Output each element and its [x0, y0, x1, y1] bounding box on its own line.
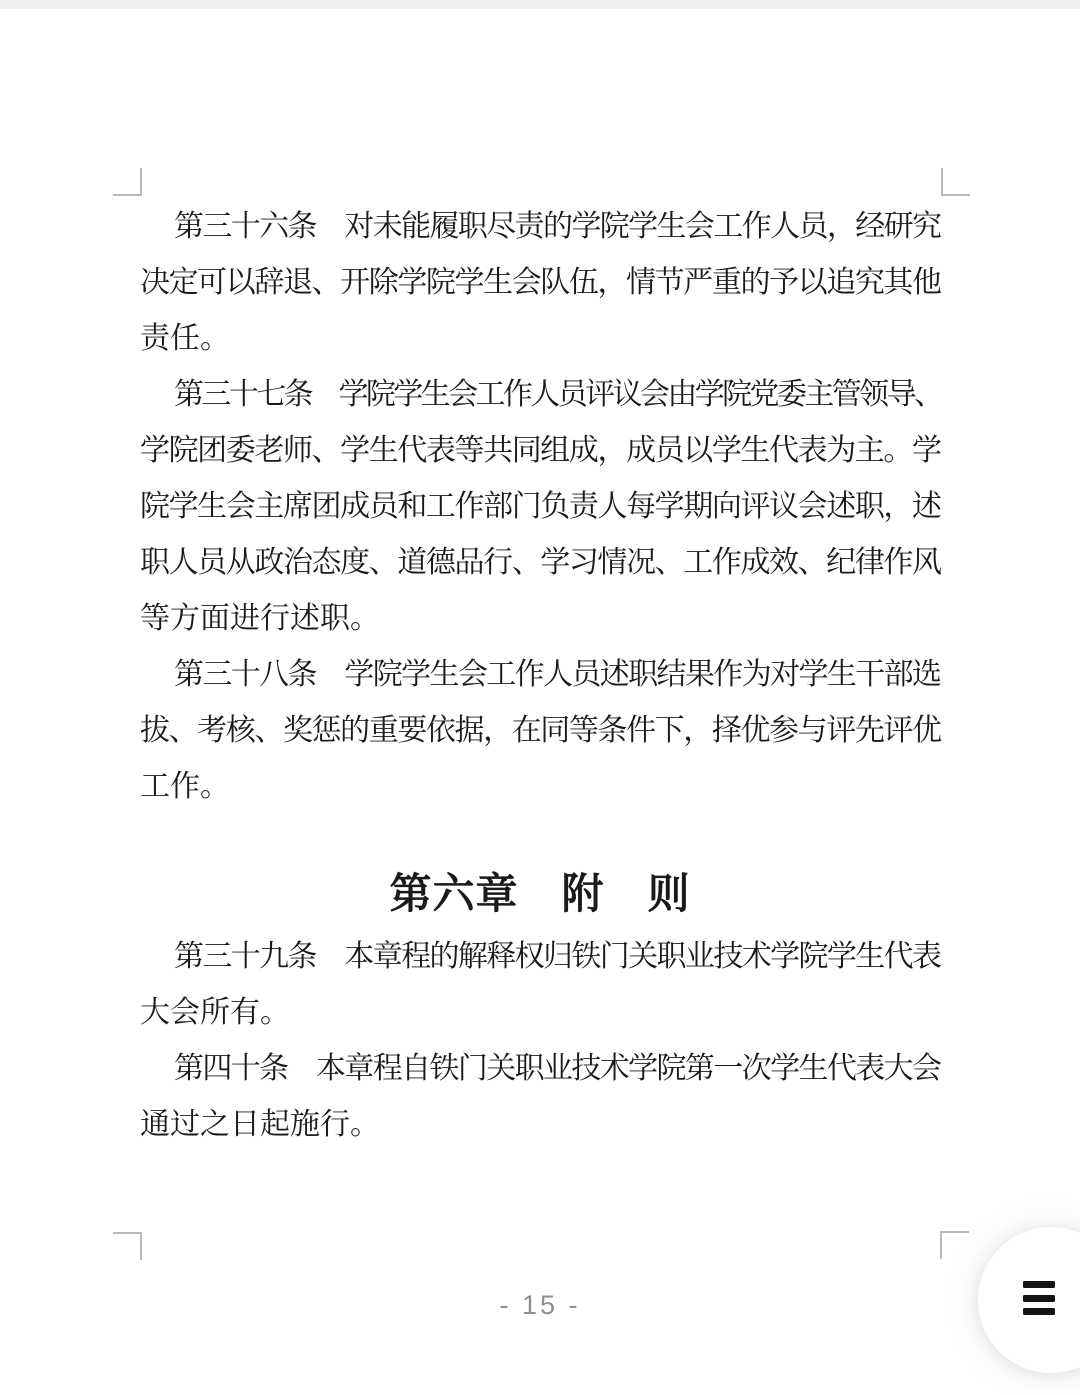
text-line: 拔、考核、奖惩的重要依据，在同等条件下，择优参与评先评优	[140, 703, 940, 759]
text-line: 职人员从政治态度、道德品行、学习情况、工作成效、纪律作风	[140, 535, 940, 591]
margin-corner-mark-top-left	[113, 168, 142, 196]
text-line: 责任。	[140, 311, 940, 367]
text-line: 第三十七条 学院学生会工作人员评议会由学院党委主管领导、	[140, 367, 940, 423]
margin-corner-mark-bottom-right	[940, 1231, 969, 1259]
hamburger-bar	[1023, 1308, 1055, 1315]
margin-corner-mark-top-right	[941, 168, 970, 196]
text-line: 工作。	[140, 759, 940, 815]
text-line: 大会所有。	[140, 985, 940, 1041]
text-line: 学院团委老师、学生代表等共同组成，成员以学生代表为主。学	[140, 423, 940, 479]
text-line: 第三十九条 本章程的解释权归铁门关职业技术学院学生代表	[140, 929, 940, 985]
text-line: 院学生会主席团成员和工作部门负责人每学期向评议会述职，述	[140, 479, 940, 535]
floating-menu-button[interactable]	[978, 1227, 1080, 1373]
page-number: - 15 -	[0, 1290, 1080, 1320]
hamburger-menu-icon	[1023, 1281, 1055, 1315]
text-line: 决定可以辞退、开除学院学生会队伍，情节严重的予以追究其他	[140, 255, 940, 311]
page-top-divider	[0, 0, 1080, 9]
hamburger-bar	[1023, 1281, 1055, 1288]
text-line: 通过之日起施行。	[140, 1097, 940, 1153]
chapter-heading: 第六章 附 则	[140, 864, 940, 924]
hamburger-bar	[1023, 1295, 1055, 1302]
text-line: 第三十六条 对未能履职尽责的学院学生会工作人员，经研究	[140, 199, 940, 255]
text-line: 第三十八条 学院学生会工作人员述职结果作为对学生干部选	[140, 647, 940, 703]
text-line: 第四十条 本章程自铁门关职业技术学院第一次学生代表大会	[140, 1041, 940, 1097]
margin-corner-mark-bottom-left	[113, 1232, 142, 1260]
document-body: 第三十六条 对未能履职尽责的学院学生会工作人员，经研究决定可以辞退、开除学院学生…	[140, 199, 940, 1153]
document-viewer-page: 第三十六条 对未能履职尽责的学院学生会工作人员，经研究决定可以辞退、开除学院学生…	[0, 0, 1080, 1395]
text-line: 等方面进行述职。	[140, 591, 940, 647]
